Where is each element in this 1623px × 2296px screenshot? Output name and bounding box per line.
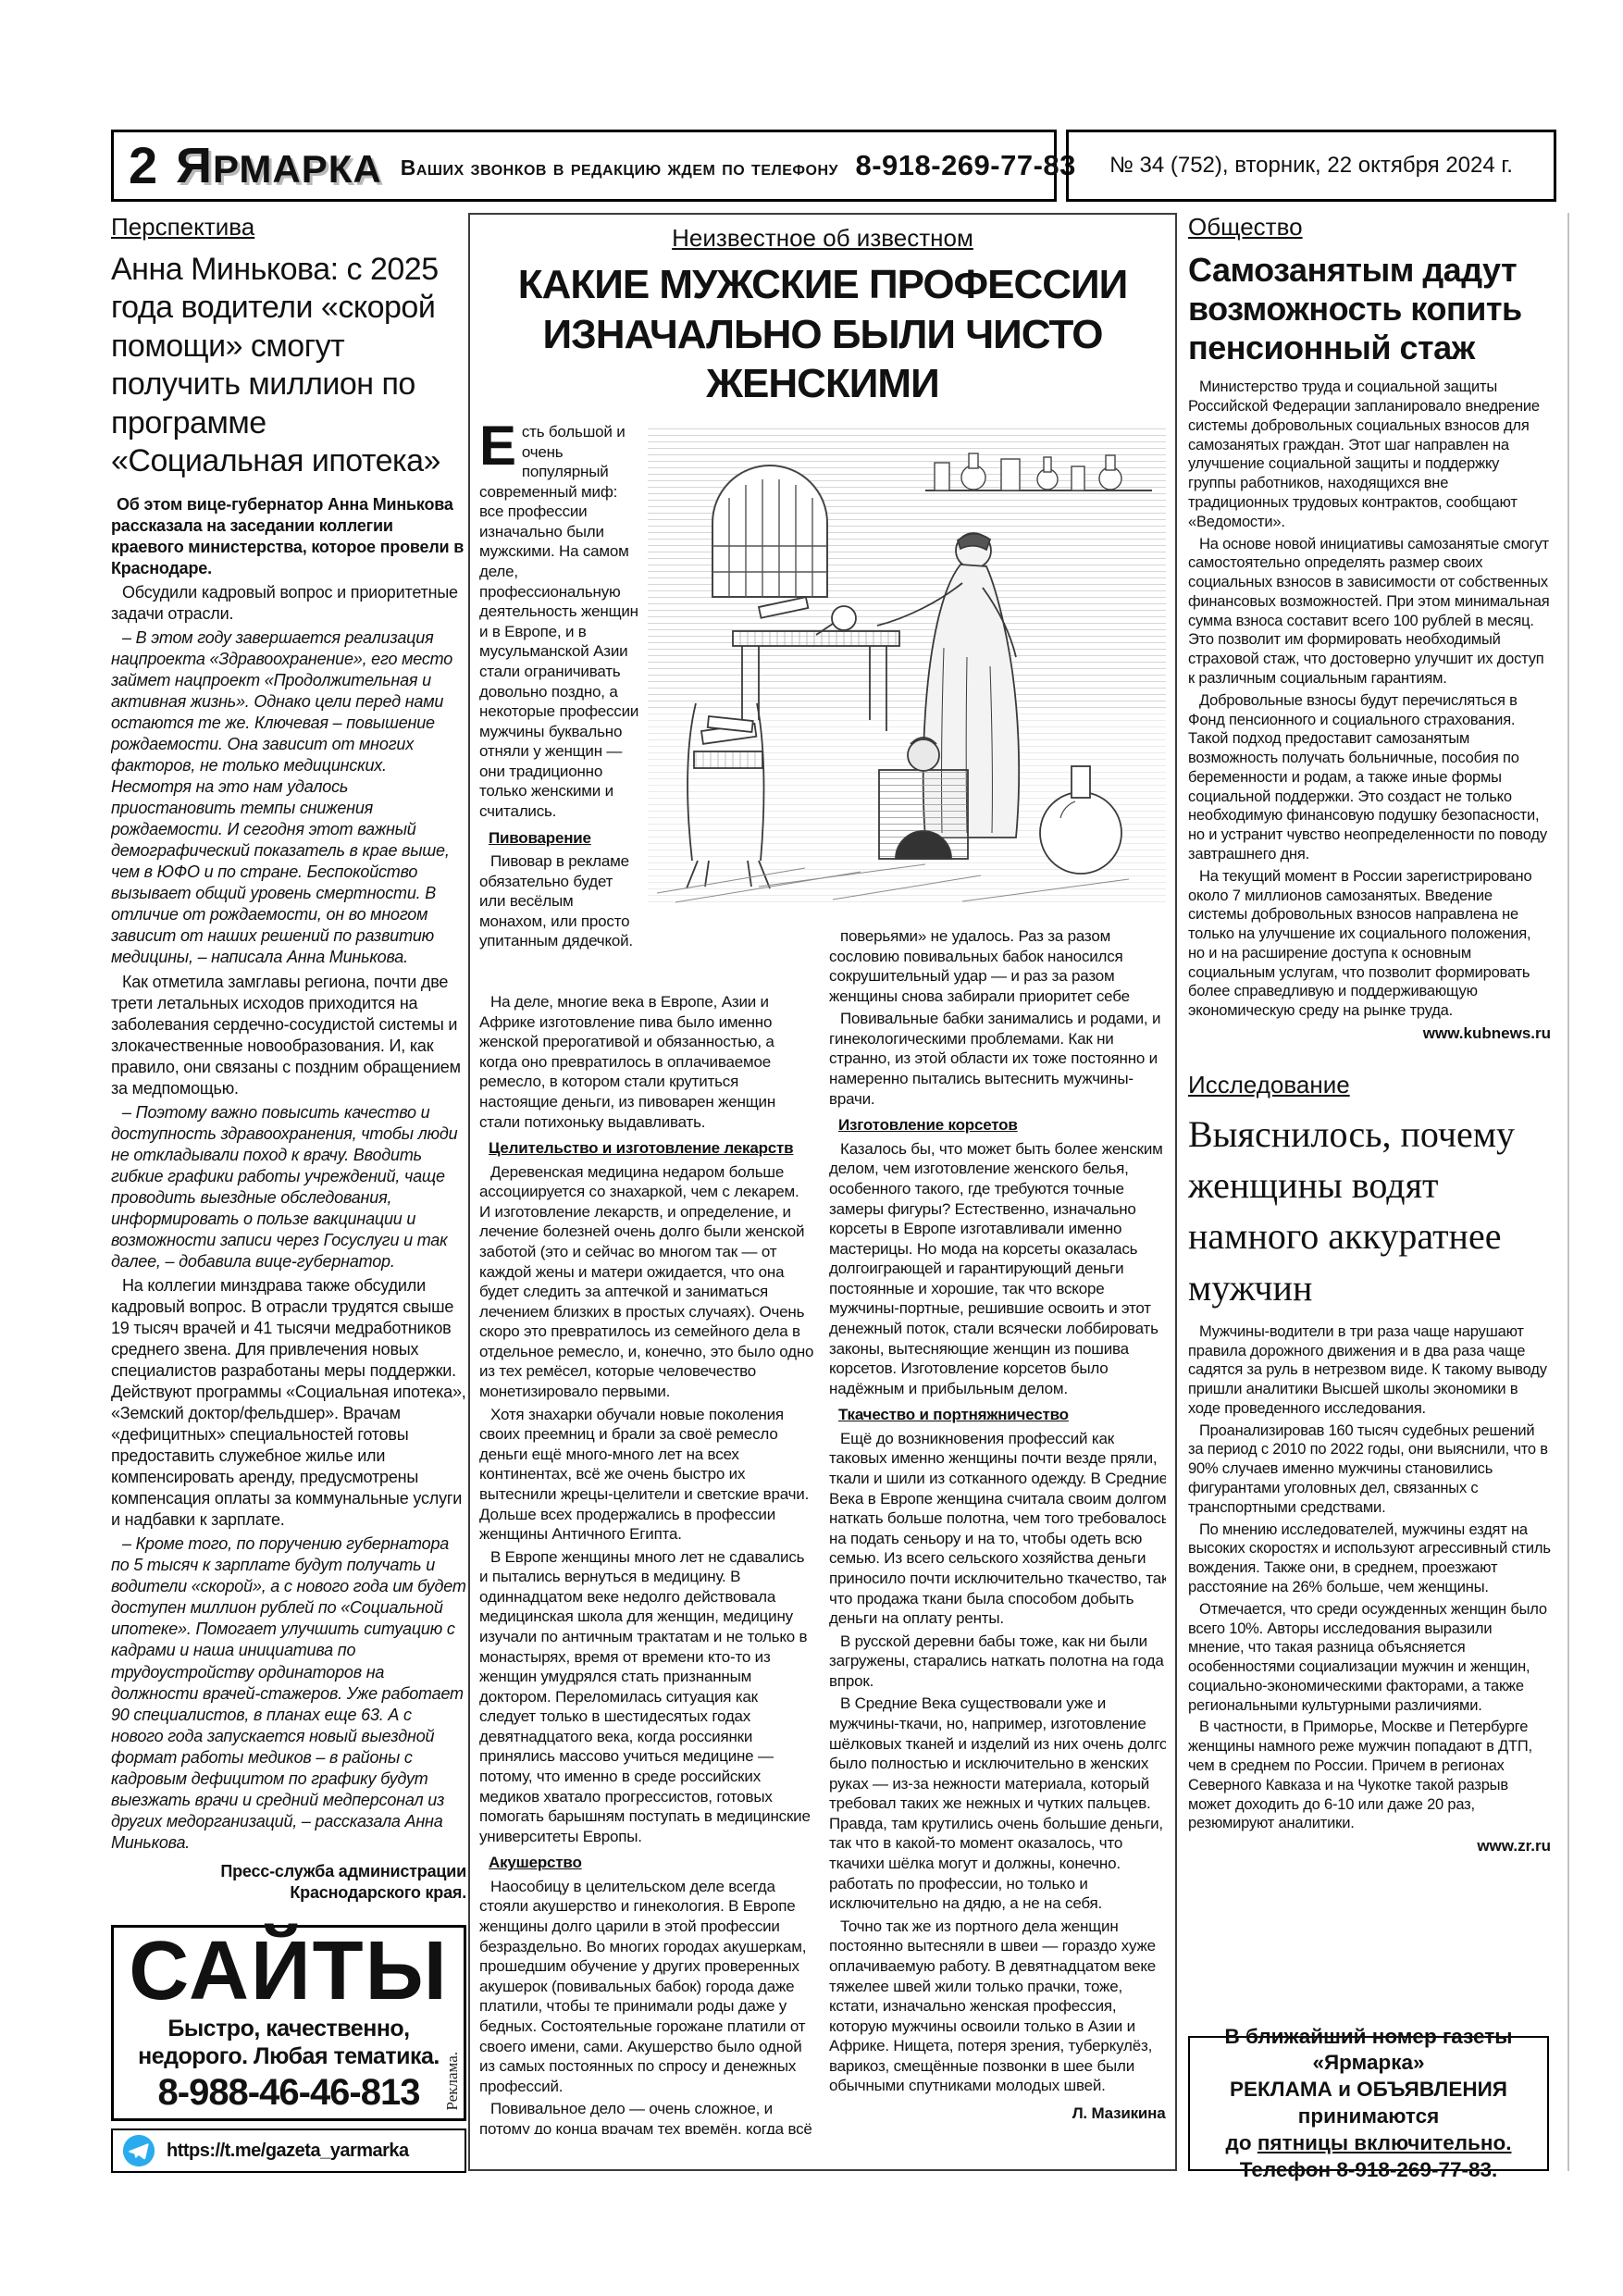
paragraph: – Кроме того, по поручению губернатора п…	[111, 1533, 466, 1853]
notice-line-1: В ближайший номер газеты «Ярмарка»	[1190, 2024, 1547, 2078]
society-article-headline: Самозанятым дадут возможность копить пен…	[1188, 251, 1551, 366]
paragraph: – Поэтому важно повысить качество и дост…	[111, 1102, 466, 1272]
center-article-column-left: Есть большой и очень популярный современ…	[479, 422, 814, 2134]
section-label-perspektiva: Перспектива	[111, 213, 466, 242]
telegram-url: https://t.me/gazeta_yarmarka	[167, 2141, 409, 2162]
paragraph: Хотя знахарки обучали новые поколения св…	[479, 1405, 814, 1545]
paragraph: По мнению исследователей, мужчины ездят …	[1188, 1520, 1551, 1597]
paragraph: В Европе женщины много лет не сдавались …	[479, 1547, 814, 1847]
sites-ad-box: САЙТЫ Быстро, качественно, недорого. Люб…	[111, 1925, 466, 2121]
ad-tagline-2: недорого. Любая тематика.	[114, 2042, 464, 2070]
paragraph: Есть большой и очень популярный современ…	[479, 422, 642, 822]
left-article-headline: Анна Минькова: с 2025 года водители «ско…	[111, 251, 466, 481]
issue-info: № 34 (752), вторник, 22 октября 2024 г.	[1109, 153, 1513, 179]
editorial-phone-number: 8-918-269-77-83	[855, 149, 1075, 181]
paragraph: Проанализировав 160 тысяч судебных решен…	[1188, 1421, 1551, 1518]
right-column: Общество Самозанятым дадут возможность к…	[1188, 213, 1551, 2025]
section-label-neizvestnoe: Неизвестное об известном	[479, 224, 1166, 253]
subheading: Целительство и изготовление лекарств	[479, 1138, 814, 1159]
notice-box: В ближайший номер газеты «Ярмарка» РЕКЛА…	[1188, 2036, 1549, 2171]
paragraph: Пивовар в рекламе обязательно будет или …	[479, 851, 642, 951]
subheading: Изготовление корсетов	[829, 1115, 1166, 1136]
paragraph: Отмечается, что среди осужденных женщин …	[1188, 1600, 1551, 1716]
paragraph: Точно так же из портного дела женщин пос…	[829, 1917, 1166, 2096]
paragraph: Как отметила замглавы региона, почти две…	[111, 972, 466, 1099]
paragraph: Казалось бы, что может быть более женски…	[829, 1139, 1166, 1399]
research-article-source: www.zr.ru	[1188, 1837, 1551, 1855]
section-label-issledovanie: Исследование	[1188, 1071, 1551, 1099]
paragraph: На коллегии минздрава также обсудили кад…	[111, 1275, 466, 1531]
notice-line-3: до пятницы включительно.	[1190, 2130, 1547, 2157]
page-number: 2	[129, 140, 157, 192]
paragraph: Министерство труда и социальной защиты Р…	[1188, 378, 1551, 531]
paragraph: В частности, в Приморье, Москве и Петерб…	[1188, 1718, 1551, 1833]
paragraph: На основе новой инициативы самозанятые с…	[1188, 535, 1551, 689]
issue-info-box: № 34 (752), вторник, 22 октября 2024 г.	[1066, 130, 1556, 202]
paragraph: – В этом году завершается реализация нац…	[111, 627, 466, 969]
masthead: 2 Ярмарка Ваших звонков в редакцию ждем …	[111, 130, 1057, 202]
paragraph: Обсудили кадровый вопрос и приоритетные …	[111, 582, 466, 625]
center-article: Неизвестное об известном КАКИЕ МУЖСКИЕ П…	[468, 213, 1177, 2171]
ad-reklama-note: Реклама.	[443, 2052, 462, 2111]
telegram-bar: https://t.me/gazeta_yarmarka	[111, 2128, 466, 2173]
notice-line-2: РЕКЛАМА и ОБЪЯВЛЕНИЯ принимаются	[1190, 2077, 1547, 2130]
phone-prefix-text: Ваших звонков в редакцию ждем по телефон…	[401, 155, 838, 180]
subheading: Пивоварение	[479, 828, 642, 849]
notice-line-4: Телефон 8-918-269-77-83.	[1190, 2157, 1547, 2184]
paragraph: Добровольные взносы будут перечисляться …	[1188, 691, 1551, 864]
society-article-source: www.kubnews.ru	[1188, 1024, 1551, 1043]
newspaper-page: 2 Ярмарка Ваших звонков в редакцию ждем …	[0, 0, 1623, 2296]
left-article: Перспектива Анна Минькова: с 2025 года в…	[111, 213, 466, 1916]
section-label-obschestvo: Общество	[1188, 213, 1551, 242]
research-article-body: Мужчины-водители в три раза чаще нарушаю…	[1188, 1322, 1551, 1833]
newspaper-logo: Ярмарка	[176, 137, 382, 194]
paragraph: поверьями» не удалось. Раз за разом сосл…	[829, 926, 1166, 1006]
telegram-icon	[122, 2134, 155, 2167]
paragraph: Наособицу в целительском деле всегда сто…	[479, 1877, 814, 2096]
paragraph: Деревенская медицина недаром больше ассо…	[479, 1162, 814, 1402]
byline: Пресс-служба администрации Краснодарског…	[111, 1861, 466, 1904]
paragraph: Повивальное дело — очень сложное, и пото…	[479, 2099, 814, 2134]
paragraph: В Средние Века существовали уже и мужчин…	[829, 1694, 1166, 1913]
subheading: Ткачество и портняжничество	[829, 1405, 1166, 1425]
ad-tagline-1: Быстро, качественно,	[114, 2015, 464, 2042]
paragraph: Ещё до возникновения профессий как таков…	[829, 1429, 1166, 1629]
subheading: Акушерство	[479, 1853, 814, 1873]
ad-title: САЙТЫ	[114, 1930, 464, 2015]
center-article-column-right: поверьями» не удалось. Раз за разом сосл…	[829, 926, 1166, 2127]
society-article-body: Министерство труда и социальной защиты Р…	[1188, 378, 1551, 1021]
page-edge-rule	[1567, 213, 1569, 2171]
paragraph: На текущий момент в России зарегистриров…	[1188, 867, 1551, 1021]
paragraph: На деле, многие века в Европе, Азии и Аф…	[479, 992, 814, 1132]
paragraph: В русской деревни бабы тоже, как ни были…	[829, 1632, 1166, 1692]
paragraph: Об этом вице-губернатор Анна Минькова ра…	[111, 494, 466, 579]
center-article-headline: КАКИЕ МУЖСКИЕ ПРОФЕССИИ ИЗНАЧАЛЬНО БЫЛИ …	[479, 260, 1166, 409]
left-article-body: Об этом вице-губернатор Анна Минькова ра…	[111, 494, 466, 1904]
ad-phone-number: 8-988-46-46-813	[114, 2072, 464, 2114]
paragraph: Мужчины-водители в три раза чаще нарушаю…	[1188, 1322, 1551, 1419]
paragraph: Повивальные бабки занимались и родами, и…	[829, 1009, 1166, 1109]
research-article-headline: Выяснилось, почему женщины водят намного…	[1188, 1109, 1551, 1313]
byline: Л. Мазикина.	[829, 2104, 1166, 2124]
editorial-phone-line: Ваших звонков в редакцию ждем по телефон…	[401, 149, 1076, 182]
center-article-body: Есть большой и очень популярный современ…	[479, 422, 1166, 2134]
